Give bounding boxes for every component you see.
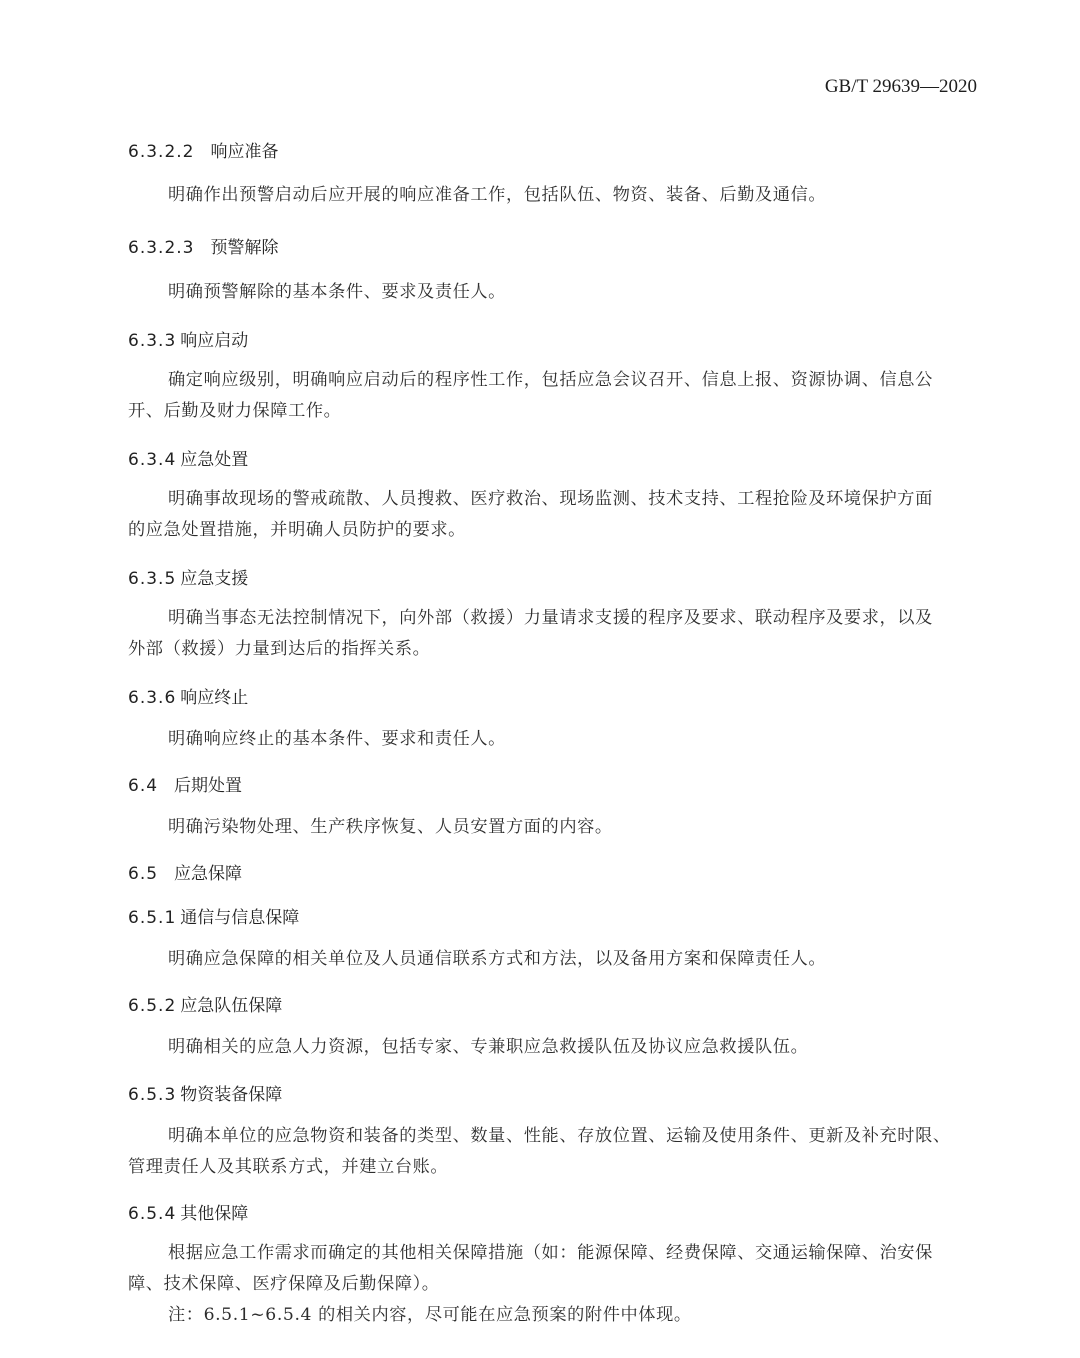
paragraph-line: 明确当事态无法控制情况下，向外部（救援）力量请求支援的程序及要求、联动程序及要求… [128, 603, 980, 634]
section-paragraph: 明确事故现场的警戒疏散、人员搜救、医疗救治、现场监测、技术支持、工程抢险及环境保… [128, 484, 980, 546]
section-heading-6-5-1: 6.5.1通信与信息保障 [128, 903, 299, 928]
section-number: 6.3.6 [128, 688, 176, 708]
paragraph-line: 明确响应终止的基本条件、要求和责任人。 [128, 724, 980, 755]
paragraph-line: 明确预警解除的基本条件、要求及责任人。 [128, 277, 980, 308]
section-number: 6.4 [128, 776, 158, 796]
section-number: 6.5.1 [128, 908, 176, 928]
section-title: 应急保障 [174, 864, 242, 884]
section-heading-6-3-2-2: 6.3.2.2响应准备 [128, 137, 278, 162]
paragraph-line: 明确污染物处理、生产秩序恢复、人员安置方面的内容。 [128, 812, 980, 843]
section-number: 6.5.4 [128, 1204, 176, 1224]
paragraph-line: 外部（救援）力量到达后的指挥关系。 [128, 634, 980, 665]
section-heading-6-4: 6.4后期处置 [128, 771, 242, 796]
paragraph-line: 障、技术保障、医疗保障及后勤保障）。 [128, 1269, 980, 1300]
section-title: 物资装备保障 [180, 1085, 282, 1105]
paragraph-line: 管理责任人及其联系方式，并建立台账。 [128, 1152, 980, 1183]
section-paragraph: 明确当事态无法控制情况下，向外部（救援）力量请求支援的程序及要求、联动程序及要求… [128, 603, 980, 665]
section-title: 响应终止 [180, 688, 248, 708]
note-line: 注：6.5.1~6.5.4 的相关内容，尽可能在应急预案的附件中体现。 [128, 1300, 980, 1331]
section-number: 6.5.3 [128, 1085, 176, 1105]
section-heading-6-3-3: 6.3.3响应启动 [128, 326, 248, 351]
paragraph-line: 的应急处置措施，并明确人员防护的要求。 [128, 515, 980, 546]
paragraph-line: 根据应急工作需求而确定的其他相关保障措施（如：能源保障、经费保障、交通运输保障、… [128, 1238, 980, 1269]
section-heading-6-5: 6.5应急保障 [128, 859, 242, 884]
section-heading-6-3-2-3: 6.3.2.3预警解除 [128, 233, 278, 258]
paragraph-line: 明确本单位的应急物资和装备的类型、数量、性能、存放位置、运输及使用条件、更新及补… [128, 1121, 980, 1152]
section-heading-6-3-6: 6.3.6响应终止 [128, 683, 248, 708]
section-title: 应急处置 [180, 450, 248, 470]
section-paragraph: 明确应急保障的相关单位及人员通信联系方式和方法，以及备用方案和保障责任人。 [128, 944, 980, 975]
section-paragraph: 明确污染物处理、生产秩序恢复、人员安置方面的内容。 [128, 812, 980, 843]
paragraph-line: 确定响应级别，明确响应启动后的程序性工作，包括应急会议召开、信息上报、资源协调、… [128, 365, 980, 396]
paragraph-line: 明确相关的应急人力资源，包括专家、专兼职应急救援队伍及协议应急救援队伍。 [128, 1032, 980, 1063]
section-number: 6.3.5 [128, 569, 176, 589]
section-paragraph: 明确作出预警启动后应开展的响应准备工作，包括队伍、物资、装备、后勤及通信。 [128, 180, 980, 211]
section-title: 通信与信息保障 [180, 908, 299, 928]
section-number: 6.5.2 [128, 996, 176, 1016]
standard-number: GB/T 29639—2020 [825, 76, 977, 98]
section-heading-6-5-4: 6.5.4其他保障 [128, 1199, 248, 1224]
paragraph-line: 开、后勤及财力保障工作。 [128, 396, 980, 427]
section-number: 6.3.4 [128, 450, 176, 470]
section-title: 其他保障 [180, 1204, 248, 1224]
paragraph-line: 明确事故现场的警戒疏散、人员搜救、医疗救治、现场监测、技术支持、工程抢险及环境保… [128, 484, 980, 515]
section-title: 后期处置 [174, 776, 242, 796]
section-title: 预警解除 [210, 238, 278, 258]
section-paragraph: 明确响应终止的基本条件、要求和责任人。 [128, 724, 980, 755]
section-heading-6-5-3: 6.5.3物资装备保障 [128, 1080, 282, 1105]
paragraph-line: 明确作出预警启动后应开展的响应准备工作，包括队伍、物资、装备、后勤及通信。 [128, 180, 980, 211]
section-heading-6-5-2: 6.5.2应急队伍保障 [128, 991, 282, 1016]
section-paragraph: 明确相关的应急人力资源，包括专家、专兼职应急救援队伍及协议应急救援队伍。 [128, 1032, 980, 1063]
section-number: 6.5 [128, 864, 158, 884]
section-title: 应急队伍保障 [180, 996, 282, 1016]
section-paragraph: 明确预警解除的基本条件、要求及责任人。 [128, 277, 980, 308]
section-number: 6.3.2.2 [128, 142, 194, 162]
section-heading-6-3-5: 6.3.5应急支援 [128, 564, 248, 589]
paragraph-line: 明确应急保障的相关单位及人员通信联系方式和方法，以及备用方案和保障责任人。 [128, 944, 980, 975]
section-title: 应急支援 [180, 569, 248, 589]
section-title: 响应准备 [210, 142, 278, 162]
section-number: 6.3.3 [128, 331, 176, 351]
section-title: 响应启动 [180, 331, 248, 351]
section-paragraph: 根据应急工作需求而确定的其他相关保障措施（如：能源保障、经费保障、交通运输保障、… [128, 1238, 980, 1331]
section-paragraph: 确定响应级别，明确响应启动后的程序性工作，包括应急会议召开、信息上报、资源协调、… [128, 365, 980, 427]
section-number: 6.3.2.3 [128, 238, 194, 258]
section-paragraph: 明确本单位的应急物资和装备的类型、数量、性能、存放位置、运输及使用条件、更新及补… [128, 1121, 980, 1183]
section-heading-6-3-4: 6.3.4应急处置 [128, 445, 248, 470]
